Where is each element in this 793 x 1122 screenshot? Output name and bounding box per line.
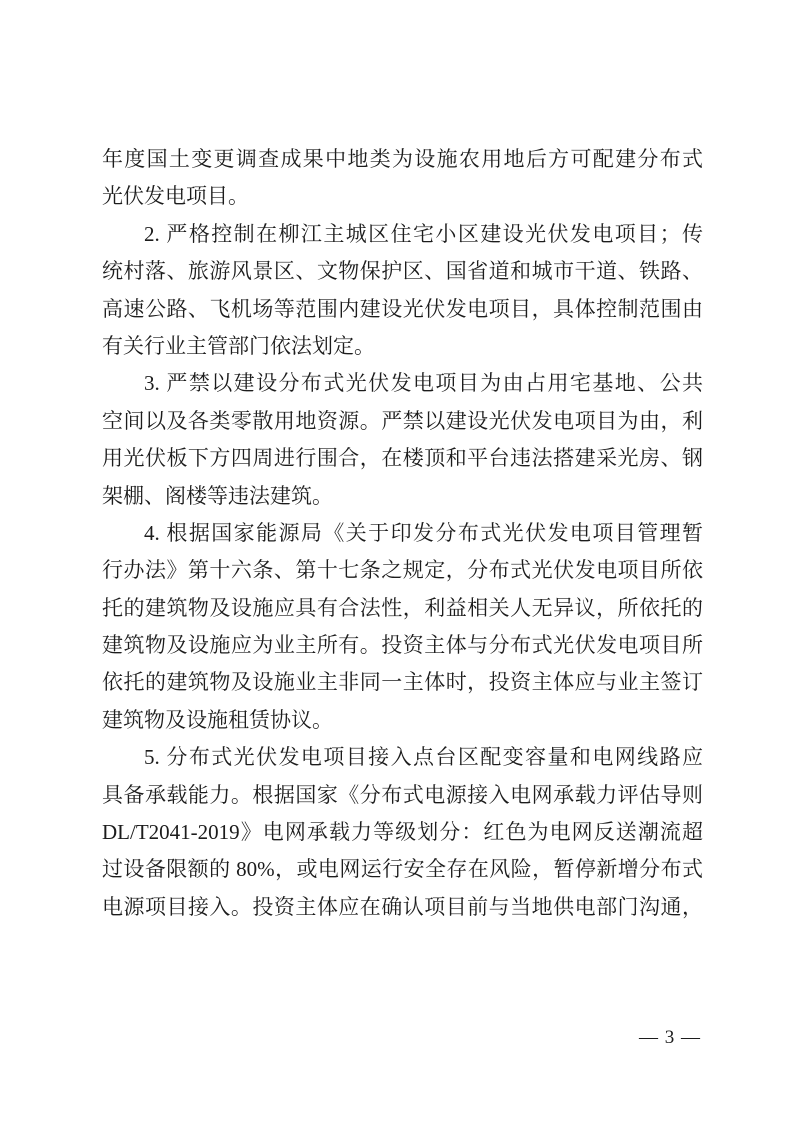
text-line: 架棚、阁楼等违法建筑。 xyxy=(102,478,703,515)
text-line: 4. 根据国家能源局《关于印发分布式光伏发电项目管理暂 xyxy=(102,515,703,552)
page-number: — 3 — xyxy=(639,1026,701,1050)
text-line: 5. 分布式光伏发电项目接入点台区配变容量和电网线路应 xyxy=(102,739,703,776)
text-line: 电源项目接入。投资主体应在确认项目前与当地供电部门沟通， xyxy=(102,889,703,926)
text-line: 有关行业主管部门依法划定。 xyxy=(102,328,703,365)
text-line: 过设备限额的 80%，或电网运行安全存在风险，暂停新增分布式 xyxy=(102,851,703,888)
document-page: 年度国土变更调查成果中地类为设施农用地后方可配建分布式 光伏发电项目。 2. 严… xyxy=(0,0,793,1122)
text-line: 光伏发电项目。 xyxy=(102,178,703,215)
text-line: 统村落、旅游风景区、文物保护区、国省道和城市干道、铁路、 xyxy=(102,253,703,290)
text-line: 建筑物及设施应为业主所有。投资主体与分布式光伏发电项目所 xyxy=(102,627,703,664)
text-line: 依托的建筑物及设施业主非同一主体时，投资主体应与业主签订 xyxy=(102,664,703,701)
text-line: 年度国土变更调查成果中地类为设施农用地后方可配建分布式 xyxy=(102,141,703,178)
text-line: 托的建筑物及设施应具有合法性，利益相关人无异议，所依托的 xyxy=(102,590,703,627)
text-line: 建筑物及设施租赁协议。 xyxy=(102,702,703,739)
text-block: 年度国土变更调查成果中地类为设施农用地后方可配建分布式 光伏发电项目。 2. 严… xyxy=(102,141,703,926)
text-line: 空间以及各类零散用地资源。严禁以建设光伏发电项目为由，利 xyxy=(102,403,703,440)
text-line: 高速公路、飞机场等范围内建设光伏发电项目，具体控制范围由 xyxy=(102,291,703,328)
text-line: 2. 严格控制在柳江主城区住宅小区建设光伏发电项目；传 xyxy=(102,216,703,253)
text-line: DL/T2041-2019》电网承载力等级划分：红色为电网反送潮流超 xyxy=(102,814,703,851)
text-line: 3. 严禁以建设分布式光伏发电项目为由占用宅基地、公共 xyxy=(102,365,703,402)
text-line: 行办法》第十六条、第十七条之规定，分布式光伏发电项目所依 xyxy=(102,552,703,589)
text-line: 用光伏板下方四周进行围合，在楼顶和平台违法搭建采光房、钢 xyxy=(102,440,703,477)
text-line: 具备承载能力。根据国家《分布式电源接入电网承载力评估导则 xyxy=(102,777,703,814)
